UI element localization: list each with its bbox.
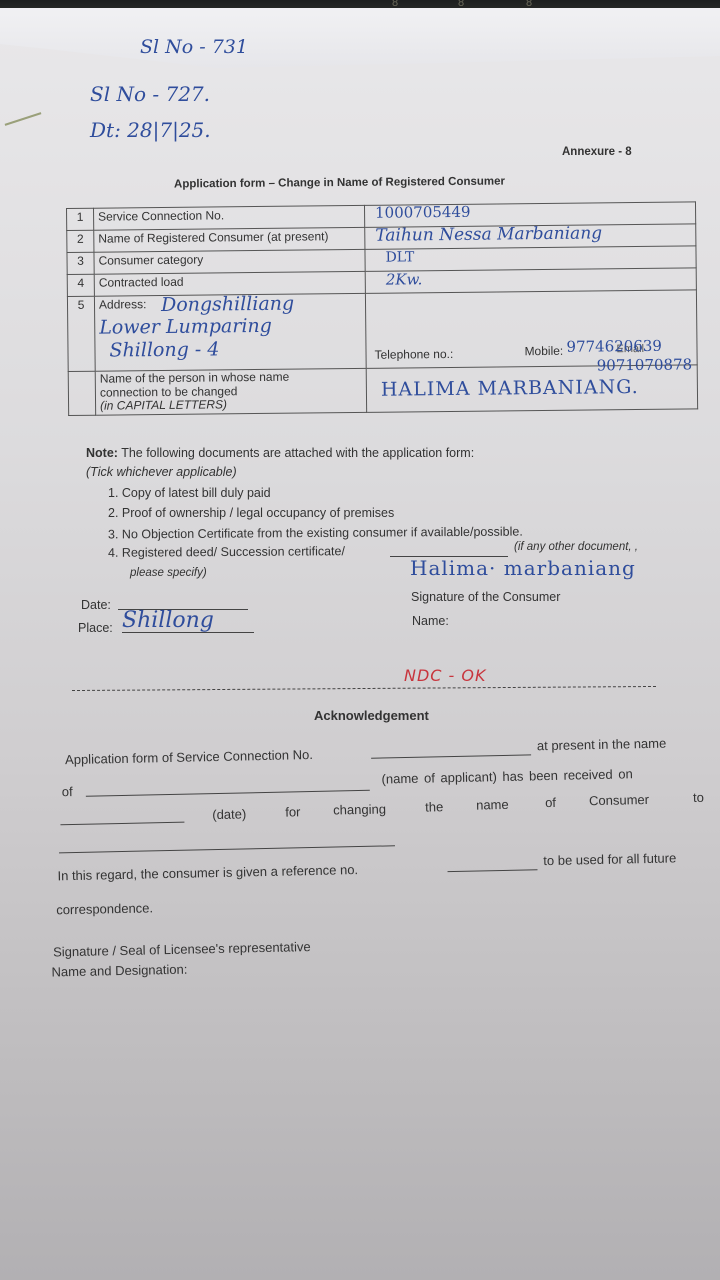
ack-line3-word: the — [425, 799, 443, 814]
ack-line5-b: to be used for all future — [543, 850, 676, 868]
licensee-signature-label: Signature / Seal of Licensee's represent… — [53, 939, 311, 959]
name-designation-label: Name and Designation: — [51, 962, 187, 980]
ack-line5-a: In this regard, the consumer is given a … — [57, 862, 358, 883]
acknowledgement-body: Application form of Service Connection N… — [0, 0, 720, 1280]
ack-line1-a: Application form of Service Connection N… — [65, 747, 313, 767]
ack-line3-word: of — [545, 795, 556, 810]
ack-line2-b: (name of applicant) has been received on — [381, 766, 632, 786]
ack-line3-word: for — [285, 804, 300, 819]
ack-line3-word: name — [476, 797, 509, 813]
ack-line1-b: at present in the name — [537, 736, 667, 754]
ack-line3-word: (date) — [212, 806, 246, 822]
ack-date-blank[interactable] — [60, 822, 184, 826]
ack-new-consumer-blank[interactable] — [59, 845, 395, 853]
ack-applicant-name-blank[interactable] — [86, 790, 370, 797]
ack-line6: correspondence. — [56, 900, 153, 917]
ack-line2-a: of — [62, 784, 73, 799]
ack-line3-word: to — [693, 790, 704, 805]
ack-service-no-blank[interactable] — [371, 754, 531, 758]
ack-line3-word: changing — [333, 801, 386, 817]
ack-reference-blank[interactable] — [448, 869, 538, 872]
ack-line3-word: Consumer — [589, 792, 649, 808]
